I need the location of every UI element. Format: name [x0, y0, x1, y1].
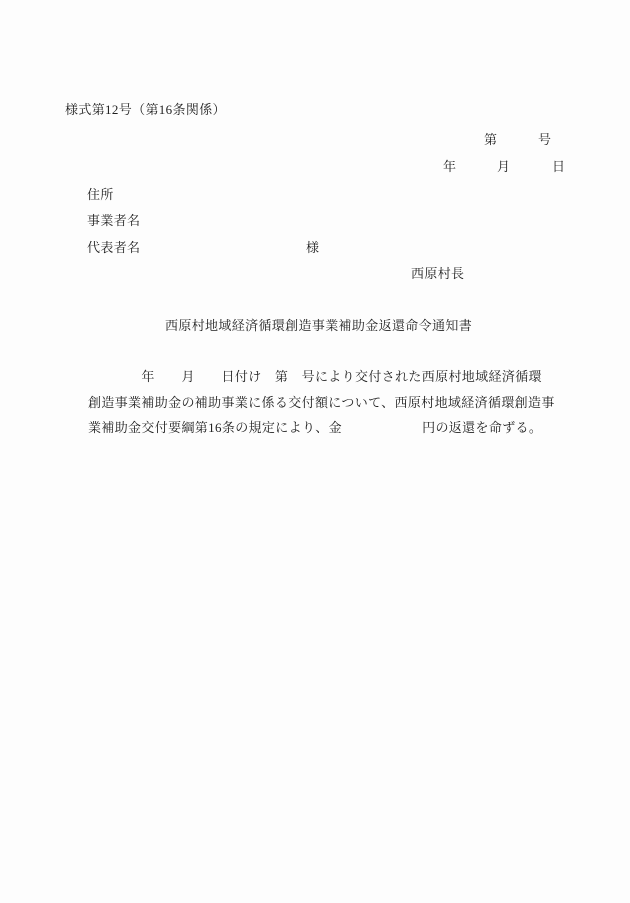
- recipient-address-label: 住所: [87, 187, 114, 202]
- recipient-business-name-label: 事業者名: [87, 213, 140, 228]
- issue-number-suffix: 号: [538, 132, 551, 147]
- issue-number-prefix: 第: [484, 132, 497, 147]
- recipient-representative-name-label: 代表者名: [87, 240, 140, 255]
- body-paragraph-line-3: 業補助金交付要綱第16条の規定により、金 円の返還を命ずる。: [88, 420, 542, 435]
- issue-date-month-label: 月: [497, 159, 510, 174]
- sender-name: 西原村長: [411, 266, 464, 281]
- issue-date-year-label: 年: [443, 159, 456, 174]
- form-number: 様式第12号（第16条関係）: [65, 102, 226, 117]
- body-paragraph-line-1: 年 月 日付け 第 号により交付された西原村地域経済循環: [88, 369, 542, 384]
- body-paragraph-line-2: 創造事業補助金の補助事業に係る交付額について、西原村地域経済循環創造事: [88, 395, 555, 410]
- recipient-honorific: 様: [306, 240, 319, 255]
- document-page: 様式第12号（第16条関係） 第 号 年 月 日 住所 事業者名 代表者名 様 …: [0, 0, 630, 903]
- document-title: 西原村地域経済循環創造事業補助金返還命令通知書: [165, 318, 472, 333]
- issue-date-day-label: 日: [552, 159, 565, 174]
